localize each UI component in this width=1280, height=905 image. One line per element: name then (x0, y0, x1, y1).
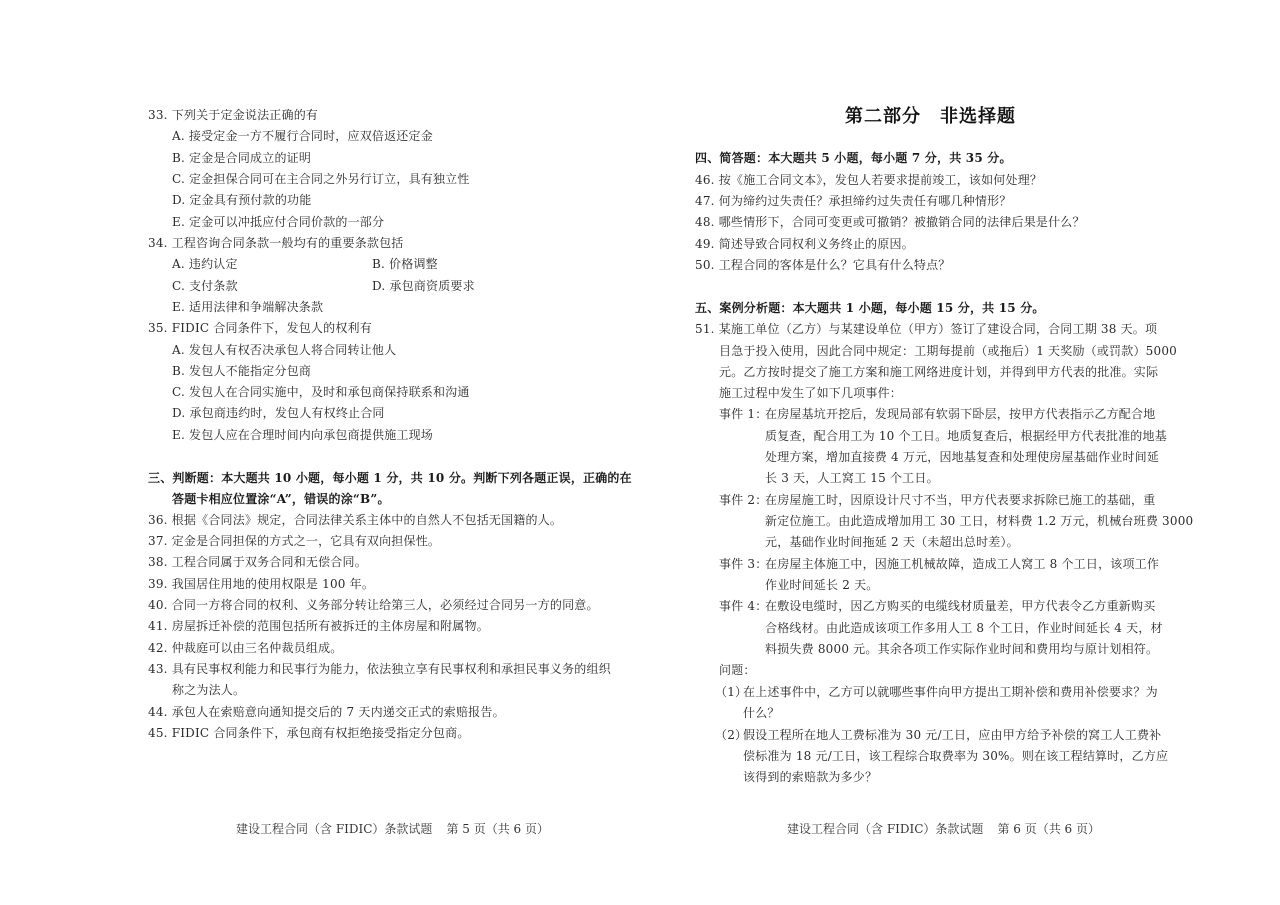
short-answer-46: 46. 按《施工合同文本》，发包人若要求提前竣工，该如何处理？ (695, 172, 1042, 188)
question-label: 问题： (719, 662, 756, 678)
section-4-heading: 四、简答题：本大题共 5 小题，每小题 7 分，共 35 分。 (695, 150, 1012, 166)
case-51-line-1: 51. 某施工单位（乙方）与某建设单位（甲方）签订了建设合同，合同工期 38 天… (695, 321, 1157, 337)
event-1-line-1: 在房屋基坑开挖后，发现局部有软弱下卧层，按甲方代表指示乙方配合地 (765, 406, 1155, 422)
question-33-option-d: D. 定金具有预付款的功能 (172, 192, 311, 208)
question-35-option-e: E. 发包人应在合理时间内向承包商提供施工现场 (172, 427, 433, 443)
question-33-stem: 33. 下列关于定金说法正确的有 (148, 107, 318, 123)
question-33-option-b: B. 定金是合同成立的证明 (172, 150, 311, 166)
short-answer-48: 48. 哪些情形下，合同可变更或可撤销？被撤销合同的法律后果是什么？ (695, 214, 1085, 230)
footer-page-number: 第 5 页（共 6 页） (446, 822, 549, 836)
question-34-option-d: D. 承包商资质要求 (372, 278, 475, 294)
question-34-option-c: C. 支付条款 (172, 278, 238, 294)
event-4-label: 事件 4： (719, 598, 767, 614)
question-33-option-e: E. 定金可以冲抵应付合同价款的一部分 (172, 214, 384, 230)
short-answer-50: 50. 工程合同的客体是什么？它具有什么特点？ (695, 257, 951, 273)
case-51-line-4: 施工过程中发生了如下几项事件： (719, 385, 902, 401)
question-34-option-e: E. 适用法律和争端解决条款 (172, 299, 323, 315)
event-1-line-2: 质复查，配合用工为 10 个工日。地质复查后，根据经甲方代表批准的地基 (765, 428, 1167, 444)
event-1-line-4: 长 3 天，人工窝工 15 个工日。 (765, 470, 939, 486)
event-4-line-3: 料损失费 8000 元。其余各项工作实际作业时间和费用均与原计划相符。 (765, 641, 1158, 657)
event-4-line-1: 在敷设电缆时，因乙方购买的电缆线材质量差，甲方代表令乙方重新购买 (765, 598, 1155, 614)
section-3-heading-cont: 答题卡相应位置涂“A”，错误的涂“B”。 (172, 491, 390, 507)
judgment-item-45: 45. FIDIC 合同条件下，承包商有权拒绝接受指定分包商。 (148, 725, 470, 741)
judgment-item-36: 36. 根据《合同法》规定，合同法律关系主体中的自然人不包括无国籍的人。 (148, 512, 562, 528)
question-35-option-d: D. 承包商违约时，发包人有权终止合同 (172, 405, 385, 421)
judgment-item-43-cont: 称之为法人。 (172, 682, 245, 698)
event-3-line-1: 在房屋主体施工中，因施工机械故障，造成工人窝工 8 个工日，该项工作 (765, 556, 1159, 572)
sub-question-2-line-1: 假设工程所在地人工费标准为 30 元/工日，应由甲方给予补偿的窝工人工费补 (743, 727, 1161, 743)
question-35-option-c: C. 发包人在合同实施中，及时和承包商保持联系和沟通 (172, 384, 470, 400)
case-51-line-2: 目急于投入使用，因此合同中规定：工期每提前（或拖后）1 天奖励（或罚款）5000 (719, 343, 1177, 359)
short-answer-47: 47. 何为缔约过失责任？承担缔约过失责任有哪几种情形？ (695, 193, 1012, 209)
event-2-line-2: 新定位施工。由此造成增加用工 30 工日，材料费 1.2 万元，机械台班费 30… (765, 513, 1193, 529)
sub-question-2-line-2: 偿标准为 18 元/工日，该工程综合取费率为 30%。则在该工程结算时，乙方应 (743, 748, 1168, 764)
question-33-option-c: C. 定金担保合同可在主合同之外另行订立，具有独立性 (172, 171, 470, 187)
footer-title: 建设工程合同（含 FIDIC）条款试题 (787, 822, 983, 836)
event-4-line-2: 合格线材。由此造成该项工作多用人工 8 个工日，作业时间延长 4 天，材 (765, 620, 1163, 636)
question-35-stem: 35. FIDIC 合同条件下，发包人的权利有 (148, 320, 372, 336)
question-35-option-b: B. 发包人不能指定分包商 (172, 363, 311, 379)
event-2-line-3: 元，基础作业时间拖延 2 天（未超出总时差）。 (765, 534, 1019, 550)
question-33-option-a: A. 接受定金一方不履行合同时，应双倍返还定金 (172, 128, 433, 144)
sub-question-1-line-1: 在上述事件中，乙方可以就哪些事件向甲方提出工期补偿和费用补偿要求？为 (743, 684, 1158, 700)
judgment-item-42: 42. 仲裁庭可以由三名仲裁员组成。 (148, 640, 343, 656)
event-3-line-2: 作业时间延长 2 天。 (765, 577, 878, 593)
right-page-footer: 建设工程合同（含 FIDIC）条款试题第 6 页（共 6 页） (787, 820, 1100, 837)
judgment-item-43: 43. 具有民事权利能力和民事行为能力，依法独立享有民事权利和承担民事义务的组织 (148, 661, 611, 677)
case-51-line-3: 元。乙方按时提交了施工方案和施工网络进度计划，并得到甲方代表的批准。实际 (719, 364, 1158, 380)
left-page-footer: 建设工程合同（含 FIDIC）条款试题第 5 页（共 6 页） (236, 820, 549, 837)
judgment-item-39: 39. 我国居住用地的使用权限是 100 年。 (148, 576, 374, 592)
section-5-heading: 五、案例分析题：本大题共 1 小题，每小题 15 分，共 15 分。 (695, 300, 1045, 316)
footer-title: 建设工程合同（含 FIDIC）条款试题 (236, 822, 432, 836)
judgment-item-41: 41. 房屋拆迁补偿的范围包括所有被拆迁的主体房屋和附属物。 (148, 618, 489, 634)
question-34-stem: 34. 工程咨询合同条款一般均有的重要条款包括 (148, 235, 404, 251)
event-2-label: 事件 2： (719, 492, 767, 508)
question-34-option-b: B. 价格调整 (372, 256, 438, 272)
judgment-item-37: 37. 定金是合同担保的方式之一，它具有双向担保性。 (148, 533, 440, 549)
part-title: 第二部分 非选择题 (845, 102, 1016, 128)
event-3-label: 事件 3： (719, 556, 767, 572)
sub-question-2-line-3: 该得到的索赔款为多少？ (743, 769, 877, 785)
question-35-option-a: A. 发包人有权否决承包人将合同转让他人 (172, 342, 396, 358)
question-34-option-a: A. 违约认定 (172, 256, 238, 272)
event-1-line-3: 处理方案，增加直接费 4 万元，因地基复查和处理使房屋基础作业时间延 (765, 449, 1159, 465)
judgment-item-44: 44. 承包人在索赔意向通知提交后的 7 天内递交正式的索赔报告。 (148, 704, 505, 720)
judgment-item-38: 38. 工程合同属于双务合同和无偿合同。 (148, 554, 367, 570)
judgment-item-40: 40. 合同一方将合同的权利、义务部分转让给第三人，必须经过合同另一方的同意。 (148, 597, 599, 613)
event-1-label: 事件 1： (719, 406, 767, 422)
section-3-heading: 三、判断题：本大题共 10 小题，每小题 1 分，共 10 分。判断下列各题正误… (148, 470, 632, 486)
footer-page-number: 第 6 页（共 6 页） (997, 822, 1100, 836)
short-answer-49: 49. 简述导致合同权利义务终止的原因。 (695, 236, 914, 252)
sub-question-1-line-2: 什么？ (743, 705, 780, 721)
event-2-line-1: 在房屋施工时，因原设计尺寸不当，甲方代表要求拆除已施工的基础，重 (765, 492, 1155, 508)
